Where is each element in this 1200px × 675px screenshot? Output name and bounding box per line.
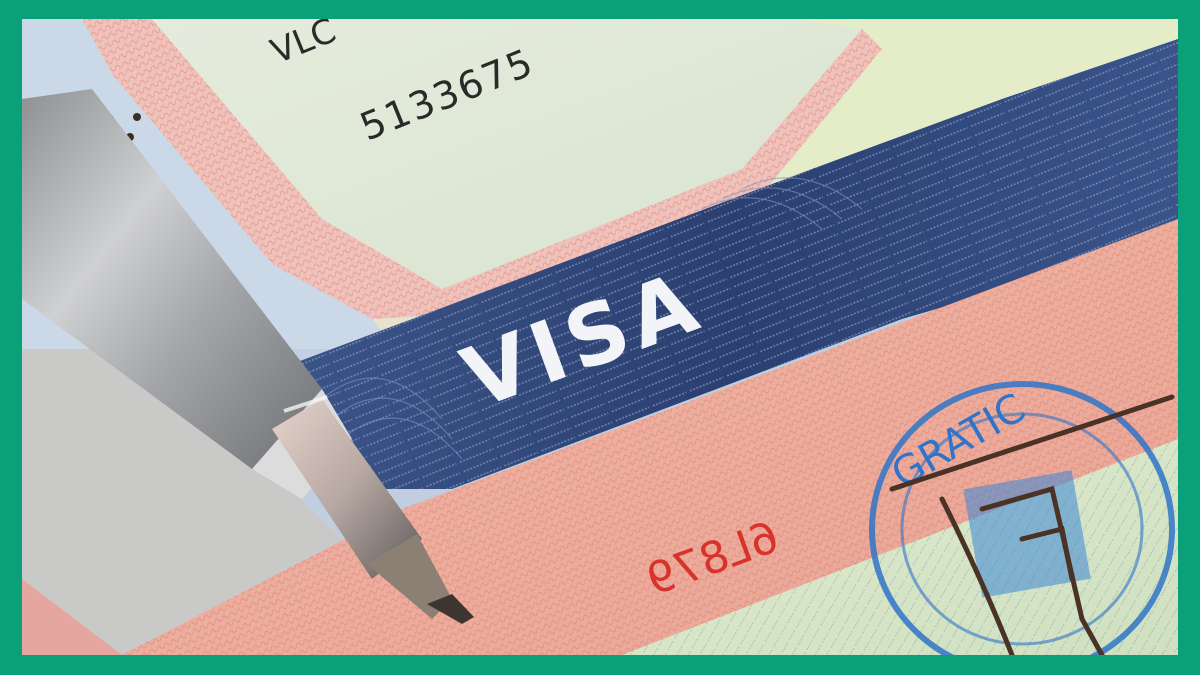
visa-photo: UNIT VLC 5133675 — [22, 19, 1178, 655]
photo-illustration: UNIT VLC 5133675 — [22, 19, 1178, 655]
green-frame: UNIT VLC 5133675 — [0, 0, 1200, 675]
